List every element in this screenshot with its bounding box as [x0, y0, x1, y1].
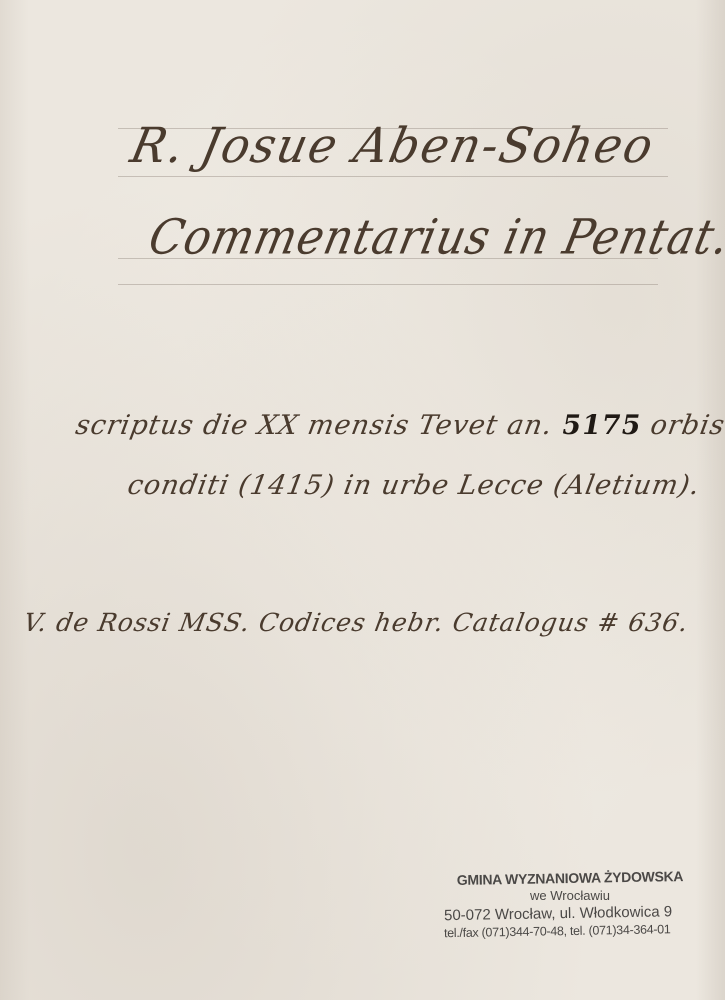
colophon-suffix: orbis: [648, 410, 725, 441]
manuscript-page: R. Josue Aben-Soheo Commentarius in Pent…: [0, 0, 725, 1000]
colophon-line-1: scriptus die XX mensis Tevet an. 5175 or…: [73, 410, 725, 441]
colophon-line-2: conditi (1415) in urbe Lecce (Aletium).: [125, 470, 702, 501]
ruled-line: [118, 176, 668, 177]
library-stamp: GMINA WYZNANIOWA ŻYDOWSKA we Wrocławiu 5…: [440, 870, 700, 938]
stamp-phone: tel./fax (071)344-70-48, tel. (071)34-36…: [440, 922, 700, 941]
colophon-year: 5175: [559, 410, 644, 441]
stamp-address: 50-072 Wrocław, ul. Włodkowica 9: [440, 903, 700, 925]
catalog-reference: V. de Rossi MSS. Codices hebr. Catalogus…: [21, 608, 691, 637]
colophon-prefix: scriptus die XX mensis Tevet an.: [73, 410, 555, 441]
heading-author: R. Josue Aben-Soheo: [126, 117, 660, 174]
stamp-title: GMINA WYZNANIOWA ŻYDOWSKA: [440, 868, 700, 889]
ruled-line: [118, 284, 658, 285]
heading-work-title: Commentarius in Pentat.: [144, 209, 725, 265]
stamp-subtitle: we Wrocławiu: [440, 888, 700, 903]
